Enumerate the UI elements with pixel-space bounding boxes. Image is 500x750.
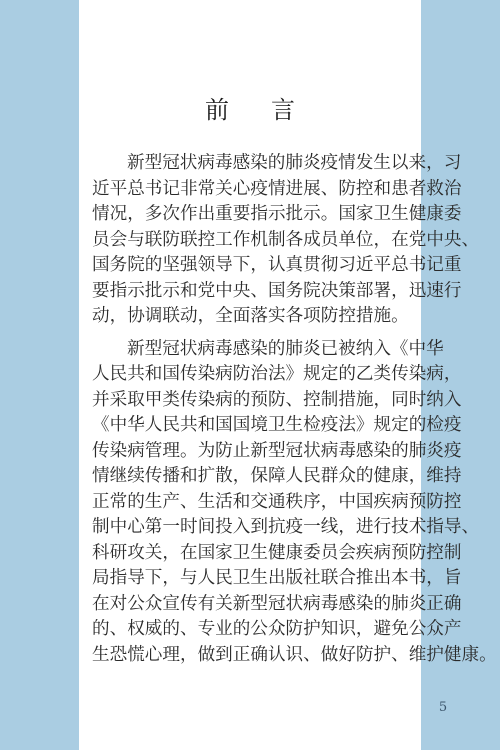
text-line: 员会与联防联控工作机制各成员单位，在党中央、 [92,228,422,254]
page-title: 前言 [79,96,421,124]
text-line: 要指示批示和党中央、国务院决策部署，迅速行 [92,279,422,305]
text-line: 制中心第一时间投入到抗疫一线，进行技术指导、 [92,515,422,541]
page-number: 5 [436,700,450,715]
paragraph-1: 新型冠状病毒感染的肺炎疫情发生以来，习 近平总书记非常关心疫情进展、防控和患者救… [92,151,422,330]
text-line: 在对公众宣传有关新型冠状病毒感染的肺炎正确 [92,592,422,618]
text-line: 近平总书记非常关心疫情进展、防控和患者救治 [92,177,422,203]
text-line: 正常的生产、生活和交通秩序，中国疾病预防控 [92,490,422,516]
text-line: 新型冠状病毒感染的肺炎已被纳入《中华 [92,337,422,363]
text-line: 新型冠状病毒感染的肺炎疫情发生以来，习 [92,151,422,177]
text-line: 并采取甲类传染病的预防、控制措施，同时纳入 [92,388,422,414]
preface-body: 新型冠状病毒感染的肺炎疫情发生以来，习 近平总书记非常关心疫情进展、防控和患者救… [92,151,422,668]
text-line: 的、权威的、专业的公众防护知识，避免公众产 [92,617,422,643]
text-line: 局指导下，与人民卫生出版社联合推出本书，旨 [92,566,422,592]
title-char-2: 言 [271,96,295,124]
text-line: 生恐慌心理，做到正确认识、做好防护、维护健康。 [92,643,422,669]
left-margin [0,0,79,750]
text-line: 科研攻关，在国家卫生健康委员会疾病预防控制 [92,541,422,567]
text-line: 动，协调联动，全面落实各项防控措施。 [92,304,422,330]
text-line: 情况，多次作出重要指示批示。国家卫生健康委 [92,202,422,228]
title-char-1: 前 [205,96,229,124]
paragraph-2: 新型冠状病毒感染的肺炎已被纳入《中华 人民共和国传染病防治法》规定的乙类传染病，… [92,337,422,669]
text-line: 国务院的坚强领导下，认真贯彻习近平总书记重 [92,253,422,279]
text-line: 传染病管理。为防止新型冠状病毒感染的肺炎疫 [92,439,422,465]
text-line: 情继续传播和扩散，保障人民群众的健康，维持 [92,464,422,490]
text-line: 人民共和国传染病防治法》规定的乙类传染病， [92,362,422,388]
text-line: 《中华人民共和国国境卫生检疫法》规定的检疫 [92,413,422,439]
